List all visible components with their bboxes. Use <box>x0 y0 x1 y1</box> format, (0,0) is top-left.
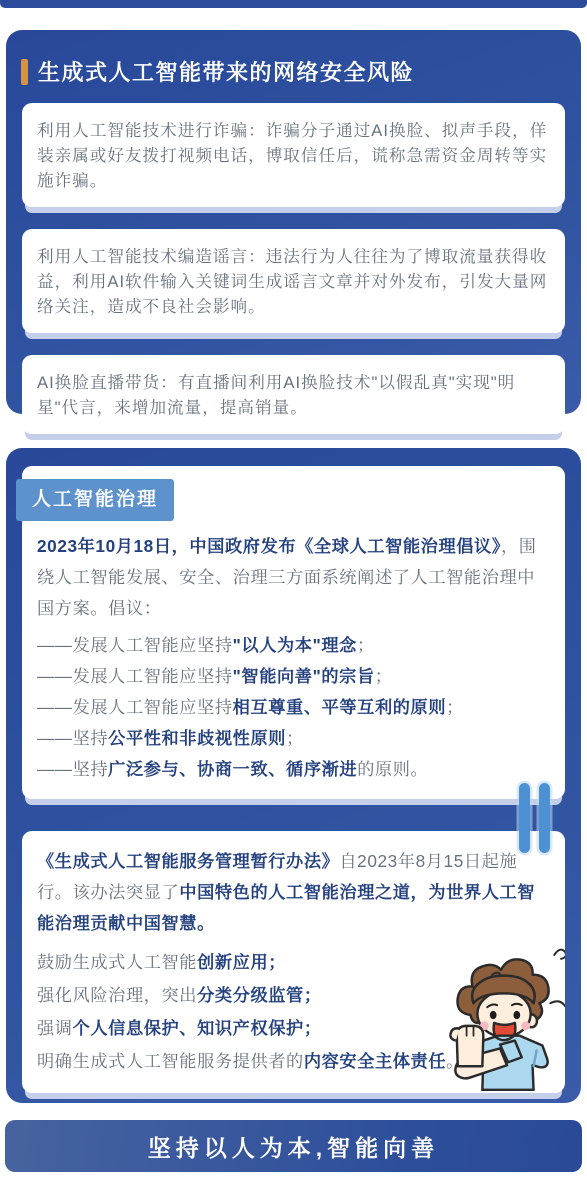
connector-bar <box>539 783 550 853</box>
risk-card-livestream-text: AI换脸直播带货：有直播间利用AI换脸技术"以假乱真"实现"明星"代言，来增加流… <box>37 370 550 420</box>
initiative-intro: 2023年10月18日，中国政府发布《全球人工智能治理倡议》，围绕人工智能发展、… <box>37 531 550 624</box>
risk-card-rumors: 利用人工智能技术编造谣言：违法行为人往往为了博取流量获得收益，利用AI软件输入关… <box>22 229 565 333</box>
motion-swoosh-icon <box>550 1001 565 1006</box>
ai-safety-infographic: 生成式人工智能带来的网络安全风险 利用人工智能技术进行诈骗：诈骗分子通过AI换脸… <box>0 0 587 1194</box>
title-accent-bar <box>21 59 28 85</box>
card-connector-bars-icon <box>519 783 550 853</box>
risks-panel: 生成式人工智能带来的网络安全风险 利用人工智能技术进行诈骗：诈骗分子通过AI换脸… <box>6 30 581 414</box>
measures-lead: 《生成式人工智能服务管理暂行办法》自2023年8月15日起施行。该办法突显了中国… <box>37 846 547 939</box>
initiative-bullet-3: ——发展人工智能应坚持相互尊重、平等互利的原则； <box>37 692 550 723</box>
governance-initiative-card: 人工智能治理 2023年10月18日，中国政府发布《全球人工智能治理倡议》，围绕… <box>22 466 565 799</box>
interim-measures-card: 《生成式人工智能服务管理暂行办法》自2023年8月15日起施行。该办法突显了中国… <box>22 831 565 1093</box>
top-strip <box>0 0 587 8</box>
governance-panel: 人工智能治理 2023年10月18日，中国政府发布《全球人工智能治理倡议》，围绕… <box>6 448 581 1103</box>
measures-item-2: 强化风险治理，突出分类分级监管； <box>37 980 547 1011</box>
initiative-bullet-2: ——发展人工智能应坚持"智能向善"的宗旨； <box>37 661 550 692</box>
page-title: 生成式人工智能带来的网络安全风险 <box>38 56 414 87</box>
risk-card-fraud-text: 利用人工智能技术进行诈骗：诈骗分子通过AI换脸、拟声手段，佯装亲属或好友拨打视频… <box>37 118 550 193</box>
initiative-bullet-5: ——坚持广泛参与、协商一致、循序渐进的原则。 <box>37 754 550 785</box>
measures-item-3: 强调个人信息保护、知识产权保护； <box>37 1013 547 1044</box>
slogan-text: 坚持以人为本,智能向善 <box>148 1130 439 1163</box>
risk-card-livestream: AI换脸直播带货：有直播间利用AI换脸技术"以假乱真"实现"明星"代言，来增加流… <box>22 355 565 434</box>
hair-curl-mark-icon <box>554 950 565 959</box>
initiative-bullet-4: ——坚持公平性和非歧视性原则； <box>37 723 550 754</box>
measures-item-4: 明确生成式人工智能服务提供者的内容安全主体责任。 <box>37 1046 547 1077</box>
measures-item-1: 鼓励生成式人工智能创新应用； <box>37 947 547 978</box>
panel-title-row: 生成式人工智能带来的网络安全风险 <box>6 54 581 103</box>
risk-card-fraud: 利用人工智能技术进行诈骗：诈骗分子通过AI换脸、拟声手段，佯装亲属或好友拨打视频… <box>22 103 565 207</box>
slogan-bar: 坚持以人为本,智能向善 <box>5 1120 582 1172</box>
risk-card-rumors-text: 利用人工智能技术编造谣言：违法行为人往往为了博取流量获得收益，利用AI软件输入关… <box>37 244 550 319</box>
governance-badge: 人工智能治理 <box>16 479 174 521</box>
connector-bar <box>519 783 530 853</box>
initiative-bullet-1: ——发展人工智能应坚持"以人为本"理念； <box>37 630 550 661</box>
